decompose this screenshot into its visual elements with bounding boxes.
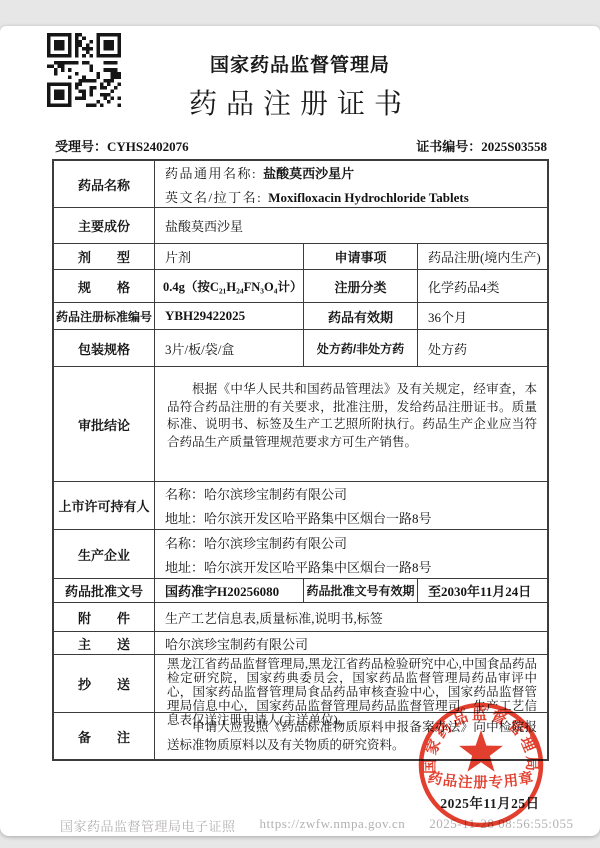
- official-seal: 国家药品监督管理局 药品注册专用章: [396, 685, 566, 836]
- certificate-table: 药品名称 药品通用名称:盐酸莫西沙星片 英文名/拉丁名:Moxifloxacin…: [52, 159, 549, 761]
- main-send-value: 哈尔滨珍宝制药有限公司: [155, 632, 547, 654]
- mah-label: 上市许可持有人: [54, 482, 155, 529]
- package-spec-value: 3片/板/袋/盒: [155, 330, 304, 366]
- copy-send-label: 抄 送: [54, 655, 155, 712]
- drug-name-value: 药品通用名称:盐酸莫西沙星片 英文名/拉丁名:Moxifloxacin Hydr…: [155, 161, 547, 207]
- remarks-label: 备 注: [54, 713, 155, 759]
- row-standard-no: 药品注册标准编号 YBH29422025 药品有效期 36个月: [54, 303, 547, 330]
- attachments-value: 生产工艺信息表,质量标准,说明书,标签: [155, 603, 547, 631]
- row-approval-conclusion: 审批结论 根据《中华人民共和国药品管理法》及有关规定，经审查，本品符合药品注册的…: [54, 367, 547, 482]
- registration-class-value: 化学药品4类: [418, 270, 547, 302]
- row-attachments: 附 件 生产工艺信息表,质量标准,说明书,标签: [54, 603, 547, 632]
- specification-label: 规 格: [54, 270, 155, 302]
- row-main-send: 主 送 哈尔滨珍宝制药有限公司: [54, 632, 547, 655]
- main-send-label: 主 送: [54, 632, 155, 654]
- manufacturer-label: 生产企业: [54, 530, 155, 578]
- footer-url: https://zwfw.nmpa.gov.cn: [260, 816, 406, 835]
- approval-no-validity-label: 药品批准文号有效期: [304, 579, 418, 602]
- row-mah: 上市许可持有人 名称：哈尔滨珍宝制药有限公司 地址：哈尔滨开发区哈平路集中区烟台…: [54, 482, 547, 530]
- attachments-label: 附 件: [54, 603, 155, 631]
- rx-otc-value: 处方药: [418, 330, 547, 366]
- approval-conclusion-value: 根据《中华人民共和国药品管理法》及有关规定，经审查，本品符合药品注册的有关要求，…: [155, 367, 547, 481]
- standard-no-label: 药品注册标准编号: [54, 303, 155, 329]
- validity-value: 36个月: [418, 303, 547, 329]
- seal-bottom-text: 药品注册专用章: [426, 768, 535, 792]
- row-approval-no: 药品批准文号 国药准字H20256080 药品批准文号有效期 至2030年11月…: [54, 579, 547, 603]
- approval-conclusion-label: 审批结论: [54, 367, 155, 481]
- seal-star-icon: [459, 730, 503, 772]
- row-manufacturer: 生产企业 名称：哈尔滨珍宝制药有限公司 地址：哈尔滨开发区哈平路集中区烟台一路8…: [54, 530, 547, 579]
- specification-value: 0.4g（按C₂₁H₂₄FN₃O₄计）: [155, 270, 304, 302]
- package-spec-label: 包装规格: [54, 330, 155, 366]
- application-item-value: 药品注册(境内生产): [418, 244, 547, 269]
- drug-name-label: 药品名称: [54, 161, 155, 207]
- rx-otc-label: 处方药/非处方药: [304, 330, 418, 366]
- certificate-page: 国家药品监督管理局 药品注册证书 受理号：CYHS2402076 证书编号：20…: [0, 26, 600, 836]
- main-ingredient-label: 主要成份: [54, 208, 155, 243]
- dosage-form-value: 片剂: [155, 244, 304, 269]
- row-specification: 规 格 0.4g（按C₂₁H₂₄FN₃O₄计） 注册分类 化学药品4类: [54, 270, 547, 303]
- manufacturer-value: 名称：哈尔滨珍宝制药有限公司 地址：哈尔滨开发区哈平路集中区烟台一路8号: [155, 530, 547, 578]
- viewer-background: 国家药品监督管理局 药品注册证书 受理号：CYHS2402076 证书编号：20…: [0, 0, 600, 848]
- reference-line: 受理号：CYHS2402076 证书编号：2025S03558: [55, 136, 547, 155]
- approval-no-label: 药品批准文号: [54, 579, 155, 602]
- mah-value: 名称：哈尔滨珍宝制药有限公司 地址：哈尔滨开发区哈平路集中区烟台一路8号: [155, 482, 547, 529]
- approval-no-validity-value: 至2030年11月24日: [418, 579, 547, 602]
- acceptance-number: 受理号：CYHS2402076: [55, 136, 189, 155]
- validity-label: 药品有效期: [304, 303, 418, 329]
- certificate-number: 证书编号：2025S03558: [416, 136, 547, 155]
- row-dosage-form: 剂 型 片剂 申请事项 药品注册(境内生产): [54, 244, 547, 270]
- footer-issuer: 国家药品监督管理局电子证照: [60, 816, 236, 835]
- dosage-form-label: 剂 型: [54, 244, 155, 269]
- issuing-authority: 国家药品监督管理局: [0, 50, 600, 77]
- row-package-spec: 包装规格 3片/板/袋/盒 处方药/非处方药 处方药: [54, 330, 547, 367]
- approval-no-value: 国药准字H20256080: [155, 579, 304, 602]
- standard-no-value: YBH29422025: [155, 303, 304, 329]
- document-title: 药品注册证书: [0, 82, 600, 122]
- row-main-ingredient: 主要成份 盐酸莫西沙星: [54, 208, 547, 244]
- main-ingredient-value: 盐酸莫西沙星: [155, 208, 547, 243]
- registration-class-label: 注册分类: [304, 270, 418, 302]
- application-item-label: 申请事项: [304, 244, 418, 269]
- row-drug-name: 药品名称 药品通用名称:盐酸莫西沙星片 英文名/拉丁名:Moxifloxacin…: [54, 161, 547, 208]
